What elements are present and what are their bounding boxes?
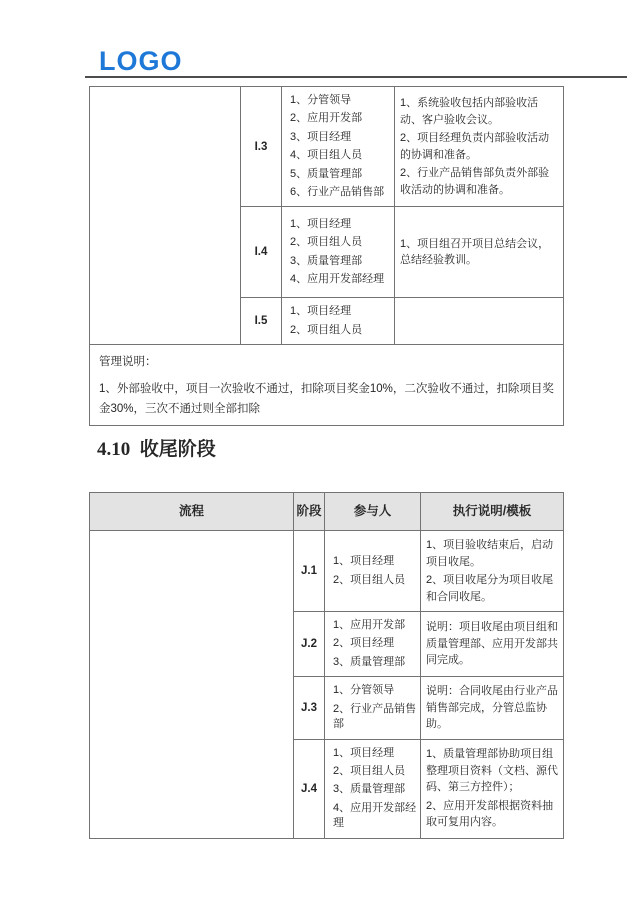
column-header-flow: 流程 [90, 493, 294, 531]
list-line: 1、质量管理部协助项目组整理项目资料（文档、源代码、第三方控件）； [426, 746, 558, 796]
list-line: 3、质量管理部 [290, 254, 392, 269]
stage-label: I.5 [241, 298, 282, 345]
acceptance-stage-table: I.3 1、分管领导2、应用开发部3、项目经理4、项目组人员5、质量管理部6、行… [89, 86, 564, 426]
column-header-participants: 参与人 [325, 493, 421, 531]
table-row-management-note: 管理说明： 1、外部验收中，项目一次验收不通过，扣除项目奖金10%，二次验收不通… [90, 345, 564, 426]
list-line: 2、项目组人员 [333, 573, 418, 588]
stage-label: I.4 [241, 207, 282, 298]
list-line: 6、行业产品销售部 [290, 185, 392, 200]
stage-label: J.4 [294, 739, 325, 838]
column-header-stage: 阶段 [294, 493, 325, 531]
section-heading: 4.10 收尾阶段 [97, 434, 216, 461]
list-line: 2、项目组人员 [290, 235, 392, 250]
list-line: 5、质量管理部 [290, 167, 392, 182]
execution-cell: 1、项目验收结束后，启动项目收尾。2、项目收尾分为项目收尾和合同收尾。 [421, 531, 564, 612]
list-line: 1、分管领导 [290, 93, 392, 108]
list-line: 3、质量管理部 [333, 655, 418, 670]
list-line: 1、项目经理 [290, 304, 392, 319]
participants-cell: 1、项目经理2、项目组人员3、质量管理部4、应用开发部经理 [325, 739, 421, 838]
list-line: 2、项目组人员 [290, 323, 392, 338]
stage-label: I.3 [241, 87, 282, 207]
document-page: LOGO I.3 1、分管领导2、应用开发部3、项目经理4、项目组人员5、质量管… [0, 0, 640, 906]
list-line: 2、应用开发部根据资料抽取可复用内容。 [426, 798, 558, 831]
list-line: 4、应用开发部经理 [333, 801, 418, 832]
management-note-text: 1、外部验收中，项目一次验收不通过，扣除项目奖金10%，二次验收不通过，扣除项目… [99, 379, 554, 419]
list-line: 1、应用开发部 [333, 618, 418, 633]
management-note-title: 管理说明： [99, 353, 554, 369]
flowchart-cell [90, 87, 241, 345]
list-line: 2、应用开发部 [290, 111, 392, 126]
stage-label: J.2 [294, 612, 325, 677]
list-line: 1、分管领导 [333, 683, 418, 698]
list-line: 2、项目组人员 [333, 764, 418, 779]
column-header-execution: 执行说明/模板 [421, 493, 564, 531]
participants-cell: 1、项目经理2、项目组人员 [325, 531, 421, 612]
management-note-cell: 管理说明： 1、外部验收中，项目一次验收不通过，扣除项目奖金10%，二次验收不通… [90, 345, 564, 426]
closing-stage-table: 流程 阶段 参与人 执行说明/模板 J.1 1、项目经理2、项目组人员 1、项目… [89, 492, 564, 839]
list-line: 1、项目经理 [333, 554, 418, 569]
list-line: 3、质量管理部 [333, 782, 418, 797]
stage-label: J.1 [294, 531, 325, 612]
company-logo: LOGO [99, 46, 183, 77]
list-line: 2、行业产品销售部负责外部验收活动的协调和准备。 [400, 165, 558, 198]
flowchart-cell [90, 531, 294, 839]
list-line: 说明：合同收尾由行业产品销售部完成，分管总监协助。 [426, 683, 558, 733]
list-line: 1、项目经理 [333, 746, 418, 761]
execution-cell: 1、质量管理部协助项目组整理项目资料（文档、源代码、第三方控件）；2、应用开发部… [421, 739, 564, 838]
header-rule-divider [85, 76, 627, 78]
table-row-j1: J.1 1、项目经理2、项目组人员 1、项目验收结束后，启动项目收尾。2、项目收… [90, 531, 564, 612]
execution-cell: 说明：合同收尾由行业产品销售部完成，分管总监协助。 [421, 677, 564, 740]
participants-cell: 1、分管领导2、应用开发部3、项目经理4、项目组人员5、质量管理部6、行业产品销… [282, 87, 395, 207]
table-header-row: 流程 阶段 参与人 执行说明/模板 [90, 493, 564, 531]
list-line: 1、系统验收包括内部验收活动、客户验收会议。 [400, 95, 558, 128]
execution-cell: 说明：项目收尾由项目组和质量管理部、应用开发部共同完成。 [421, 612, 564, 677]
execution-cell: 1、项目组召开项目总结会议，总结经验教训。 [395, 207, 564, 298]
stage-label: J.3 [294, 677, 325, 740]
list-line: 1、项目经理 [290, 217, 392, 232]
list-line: 2、项目经理 [333, 636, 418, 651]
participants-cell: 1、分管领导2、行业产品销售部 [325, 677, 421, 740]
list-line: 4、应用开发部经理 [290, 272, 392, 287]
participants-cell: 1、项目经理2、项目组人员 [282, 298, 395, 345]
list-line: 2、行业产品销售部 [333, 702, 418, 733]
list-line: 1、项目组召开项目总结会议，总结经验教训。 [400, 236, 558, 269]
list-line: 3、项目经理 [290, 130, 392, 145]
participants-cell: 1、应用开发部2、项目经理3、质量管理部 [325, 612, 421, 677]
list-line: 说明：项目收尾由项目组和质量管理部、应用开发部共同完成。 [426, 619, 558, 669]
list-line: 2、项目经理负责内部验收活动的协调和准备。 [400, 130, 558, 163]
list-line: 2、项目收尾分为项目收尾和合同收尾。 [426, 572, 558, 605]
list-line: 1、项目验收结束后，启动项目收尾。 [426, 537, 558, 570]
table-row-i3: I.3 1、分管领导2、应用开发部3、项目经理4、项目组人员5、质量管理部6、行… [90, 87, 564, 207]
execution-cell [395, 298, 564, 345]
participants-cell: 1、项目经理2、项目组人员3、质量管理部4、应用开发部经理 [282, 207, 395, 298]
list-line: 4、项目组人员 [290, 148, 392, 163]
execution-cell: 1、系统验收包括内部验收活动、客户验收会议。2、项目经理负责内部验收活动的协调和… [395, 87, 564, 207]
